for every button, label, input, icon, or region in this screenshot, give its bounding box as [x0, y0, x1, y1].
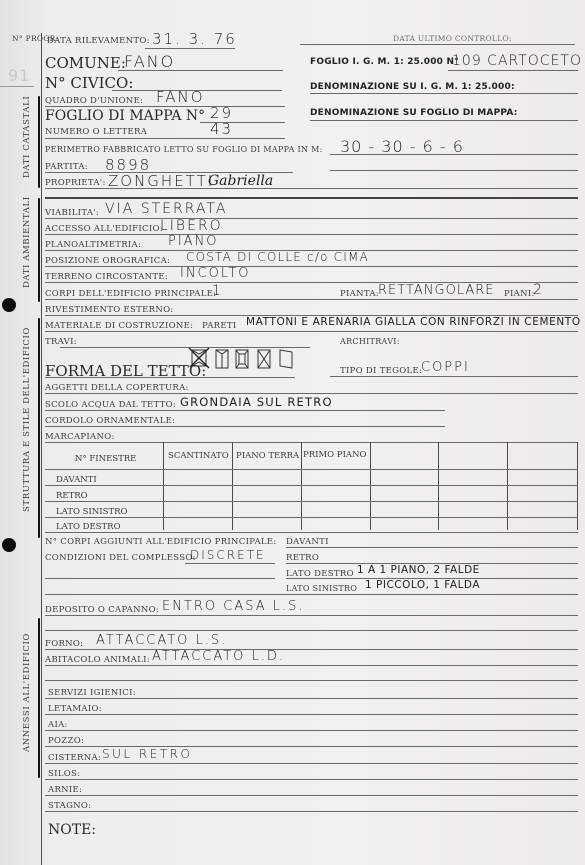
- rule: [45, 730, 578, 731]
- section-bracket-annessi: [38, 618, 40, 778]
- table-row-line: [45, 469, 578, 470]
- piani-label: PIANI:: [504, 289, 535, 299]
- scolo-value[interactable]: GRONDAIA SUL RETRO: [180, 395, 333, 409]
- accesso-label: ACCESSO ALL'EDIFICIO:: [45, 224, 163, 234]
- rule: [45, 779, 578, 780]
- rule: [45, 138, 285, 139]
- corpi-lato-sinistro-label: LATO SINISTRO: [286, 584, 357, 593]
- architravi-label: ARCHITRAVI:: [340, 337, 400, 346]
- survey-form-sheet: N° PROGR. 91 DATI CATASTALI DATI AMBIENT…: [0, 0, 585, 865]
- rule: [45, 714, 578, 715]
- foglio-igm-label: FOGLIO I. G. M. 1: 25.000 N°: [310, 57, 459, 67]
- section-divider: [45, 197, 578, 199]
- section-bracket-struttura: [38, 318, 40, 538]
- corpi-lato-sinistro-value[interactable]: 1 PICCOLO, 1 FALDA: [365, 579, 480, 591]
- table-header-finestre: N° FINESTRE: [75, 454, 136, 464]
- pianta-value[interactable]: RETTANGOLARE: [378, 283, 495, 298]
- arnie-label: ARNIE:: [48, 785, 82, 795]
- table-col-primo-piano: PRIMO PIANO: [303, 450, 366, 460]
- proprieta-value-script[interactable]: Gabriella: [208, 173, 273, 189]
- table-row-line: [45, 485, 578, 486]
- travi-label: TRAVI:: [45, 337, 77, 347]
- corpi-label: CORPI DELL'EDIFICIO PRINCIPALE:: [45, 289, 216, 299]
- section-label-ambientali: DATI AMBIENTALI: [22, 196, 32, 288]
- data-ultimo-controllo-label: DATA ULTIMO CONTROLLO:: [393, 34, 512, 43]
- prog-divider: [0, 86, 34, 87]
- rule: [145, 48, 235, 49]
- data-rilevamento-label: DATA RILEVAMENTO:: [47, 36, 150, 46]
- foglio-igm-value[interactable]: 109 CARTOCETO: [452, 53, 582, 69]
- partita-label: PARTITA:: [45, 162, 88, 172]
- rule: [45, 299, 578, 300]
- aia-label: AIA:: [48, 720, 68, 730]
- section-label-annessi: ANNESSI ALL'EDIFICIO: [22, 633, 32, 752]
- rule: [45, 393, 578, 394]
- proprieta-label: PROPRIETA':: [45, 178, 106, 188]
- rule: [45, 649, 578, 650]
- rule: [45, 331, 578, 332]
- corpi-davanti-label: DAVANTI: [286, 537, 329, 547]
- table-row-line: [45, 532, 578, 533]
- roof-type-3-icon[interactable]: [234, 348, 250, 370]
- section-label-struttura: STRUTTURA E STILE DELL'EDIFICIO: [22, 327, 32, 512]
- roof-type-4-icon[interactable]: [256, 348, 272, 370]
- section-label-catastali: DATI CATASTALI: [22, 96, 32, 178]
- corpi-lato-destro-value[interactable]: 1 A 1 PIANO, 2 FALDE: [357, 564, 480, 576]
- rule: [45, 578, 275, 579]
- numero-label: NUMERO o LETTERA: [45, 127, 147, 137]
- cisterna-label: CISTERNA:: [48, 753, 101, 763]
- rule: [45, 594, 578, 595]
- stagno-label: STAGNO:: [48, 801, 91, 811]
- pozzo-label: POZZO:: [48, 736, 84, 746]
- rule: [300, 44, 575, 45]
- rule: [45, 266, 578, 267]
- rule: [330, 154, 578, 155]
- servizi-label: SERVIZI IGIENICI:: [48, 688, 136, 698]
- cordolo-label: CORDOLO ORNAMENTALE:: [45, 416, 175, 426]
- terreno-value[interactable]: INCOLTO: [180, 266, 251, 281]
- pianta-label: PIANTA:: [340, 289, 379, 299]
- rule: [45, 218, 578, 219]
- rule: [45, 630, 578, 631]
- rule: [310, 120, 578, 121]
- rule: [45, 282, 578, 283]
- table-row-line: [45, 517, 578, 518]
- data-rilevamento-value[interactable]: 31. 3. 76: [152, 30, 237, 48]
- corpi-retro-label: RETRO: [286, 553, 319, 563]
- rule: [45, 811, 578, 812]
- terreno-label: TERRENO CIRCOSTANTE:: [45, 272, 168, 282]
- rule: [45, 106, 285, 107]
- rivestimento-label: RIVESTIMENTO ESTERNO:: [45, 305, 174, 315]
- aggetti-label: AGGETTI DELLA COPERTURA:: [45, 383, 189, 393]
- deposito-value[interactable]: ENTRO CASA L.S.: [162, 599, 305, 614]
- table-row-lato-sinistro: LATO SINISTRO: [56, 507, 128, 517]
- roof-type-2-icon[interactable]: [214, 348, 230, 370]
- rule: [45, 763, 578, 764]
- punch-hole-bottom: [2, 538, 16, 552]
- denom-foglio-label: DENOMINAZIONE SU FOGLIO DI MAPPA:: [310, 108, 518, 118]
- rule: [448, 70, 578, 71]
- section-bracket-catastali: [38, 96, 40, 188]
- quadro-label: QUADRO D'UNIONE:: [45, 96, 143, 106]
- condizioni-label: CONDIZIONI DEL COMPLESSO:: [45, 553, 196, 563]
- table-row-retro: RETRO: [56, 491, 88, 501]
- table-row-line: [45, 501, 578, 502]
- rule: [45, 680, 578, 681]
- rule: [118, 70, 283, 71]
- denom-igm-label: DENOMINAZIONE SU I. G. M. 1: 25.000:: [310, 82, 515, 92]
- materiale-label: MATERIALE DI COSTRUZIONE:: [45, 321, 193, 331]
- rule: [45, 698, 578, 699]
- prog-number: 91: [8, 66, 30, 85]
- viabilita-label: VIABILITA':: [45, 208, 99, 218]
- rule: [185, 563, 275, 564]
- table-row-davanti: DAVANTI: [56, 475, 97, 485]
- rule: [45, 426, 445, 427]
- rule: [45, 410, 445, 411]
- roof-type-5-icon[interactable]: [278, 348, 294, 370]
- piani-value[interactable]: 2: [533, 282, 544, 298]
- tipo-tegole-label: TIPO DI TEGOLE:: [340, 366, 422, 376]
- perimetro-label: PERIMETRO FABBRICATO LETTO SU FOGLIO DI …: [45, 145, 323, 154]
- note-field[interactable]: [60, 840, 560, 862]
- comune-value[interactable]: FANO: [124, 52, 175, 71]
- corpi-value[interactable]: 1: [212, 283, 223, 299]
- letamaio-label: LETAMAIO:: [48, 704, 102, 714]
- forno-label: FORNO:: [45, 639, 83, 649]
- abitacolo-label: ABITACOLO ANIMALI:: [45, 655, 150, 665]
- rule: [45, 442, 578, 443]
- rule: [45, 188, 578, 189]
- condizioni-value[interactable]: DISCRETE: [190, 548, 266, 562]
- rule: [286, 547, 578, 548]
- rule: [45, 234, 578, 235]
- margin-line: [41, 33, 42, 865]
- rule: [45, 795, 578, 796]
- pareti-label: PARETI: [202, 321, 237, 331]
- marcapiano-label: MARCAPIANO:: [45, 432, 115, 442]
- scolo-label: SCOLO ACQUA DAL TETTO:: [45, 400, 176, 410]
- forno-value[interactable]: ATTACCATO L.S.: [96, 633, 227, 648]
- corpi-aggiunti-label: N° CORPI AGGIUNTI ALL'EDIFICIO PRINCIPAL…: [45, 537, 277, 547]
- accesso-value[interactable]: LIBERO: [160, 218, 223, 234]
- foglio-mappa-label: FOGLIO DI MAPPA N°: [45, 108, 205, 124]
- table-col-scantinato: SCANTINATO: [168, 451, 229, 461]
- table-row-lato-destro: LATO DESTRO: [56, 522, 121, 532]
- table-col-piano-terra: PIANO TERRA: [236, 451, 299, 461]
- roof-type-1-icon[interactable]: [188, 346, 210, 370]
- comune-label: COMUNE:: [45, 54, 126, 72]
- plano-value[interactable]: PIANO: [168, 234, 219, 249]
- note-label: NOTE:: [48, 822, 96, 838]
- rule: [45, 665, 578, 666]
- silos-label: SILOS:: [48, 769, 80, 779]
- quadro-value[interactable]: FANO: [156, 88, 205, 106]
- punch-hole-top: [2, 298, 16, 312]
- viabilita-value[interactable]: VIA STERRATA: [105, 201, 227, 217]
- section-bracket-ambientali: [38, 198, 40, 302]
- posizione-value[interactable]: COSTA DI COLLE c/o CIMA: [186, 250, 369, 264]
- rule: [45, 377, 295, 378]
- rule: [60, 347, 310, 348]
- abitacolo-value[interactable]: ATTACCATO L.D.: [152, 649, 285, 664]
- deposito-label: DEPOSITO o CAPANNO:: [45, 605, 159, 615]
- rule: [330, 170, 578, 171]
- numero-value[interactable]: 43: [210, 120, 233, 138]
- plano-label: PLANOALTIMETRIA:: [45, 240, 141, 250]
- cisterna-value[interactable]: SUL RETRO: [102, 747, 192, 761]
- pareti-value[interactable]: MATTONI E ARENARIA GIALLA CON RINFORZI I…: [246, 316, 581, 328]
- rule: [330, 376, 578, 377]
- posizione-label: POSIZIONE OROGRAFICA:: [45, 256, 170, 266]
- rule: [310, 93, 578, 94]
- tipo-tegole-value[interactable]: COPPI: [421, 360, 470, 375]
- rule: [45, 615, 578, 616]
